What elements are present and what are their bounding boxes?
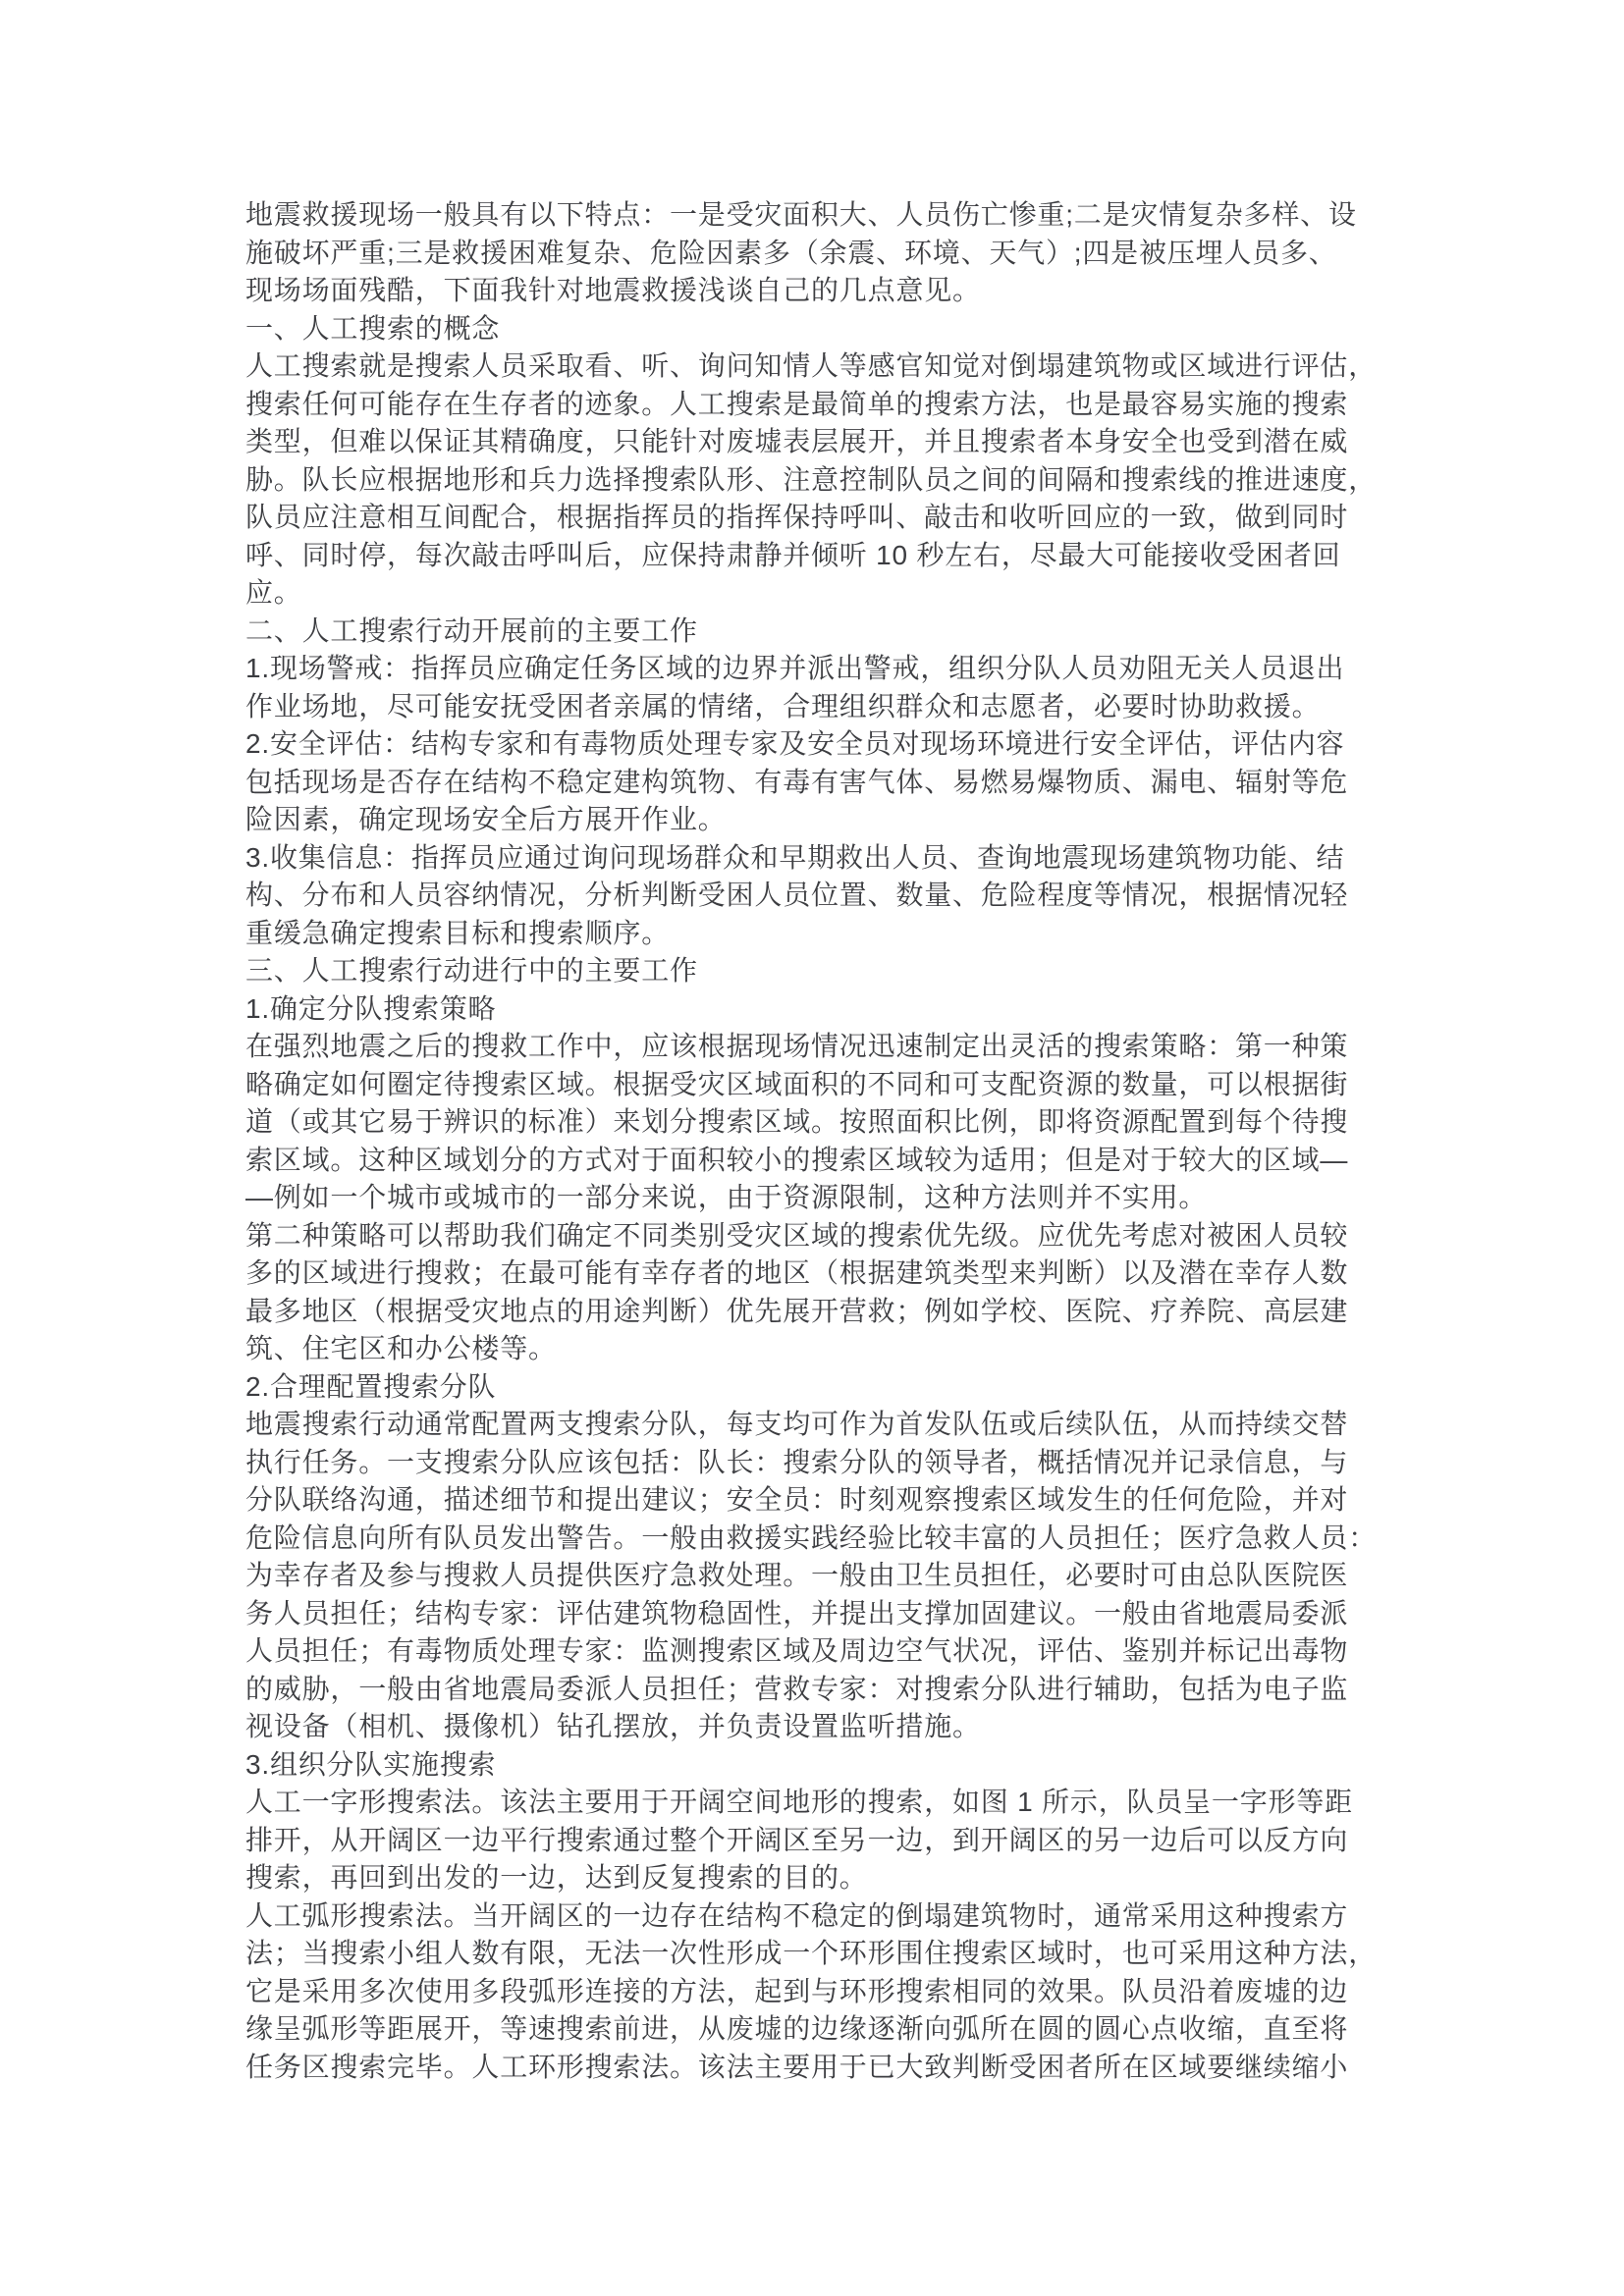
item-safety-assessment: 2.安全评估：结构专家和有毒物质处理专家及安全员对现场环境进行安全评估，评估内容… [245,725,1394,839]
section-2-heading: 二、人工搜索行动开展前的主要工作 [245,613,1394,651]
document-text-block: 地震救援现场一般具有以下特点：一是受灾面积大、人员伤亡惨重;二是灾情复杂多样、设… [245,196,1394,2086]
strategy-paragraph-1: 在强烈地震之后的搜救工作中，应该根据现场情况迅速制定出灵活的搜索策略：第一种策 … [245,1028,1394,1217]
document-page: 地震救援现场一般具有以下特点：一是受灾面积大、人员伤亡惨重;二是灾情复杂多样、设… [0,0,1624,2296]
strategy-paragraph-2: 第二种策略可以帮助我们确定不同类别受灾区域的搜索优先级。应优先考虑对被困人员较 … [245,1217,1394,1368]
arc-search-paragraph: 人工弧形搜索法。当开阔区的一边存在结构不稳定的倒塌建筑物时，通常采用这种搜索方 … [245,1897,1394,2087]
section-1-heading: 一、人工搜索的概念 [245,310,1394,348]
team-configuration-paragraph: 地震搜索行动通常配置两支搜索分队，每支均可作为首发队伍或后续队伍，从而持续交替 … [245,1406,1394,1746]
section-3-heading: 三、人工搜索行动进行中的主要工作 [245,952,1394,990]
line-search-paragraph: 人工一字形搜索法。该法主要用于开阔空间地形的搜索，如图 1 所示，队员呈一字形等… [245,1784,1394,1897]
subheading-search-strategy: 1.确定分队搜索策略 [245,990,1394,1029]
section-1-body: 人工搜索就是搜索人员采取看、听、询问知情人等感官知觉对倒塌建筑物或区域进行评估，… [245,347,1394,613]
subheading-implement-search: 3.组织分队实施搜索 [245,1746,1394,1785]
item-info-collection: 3.收集信息：指挥员应通过询问现场群众和早期救出人员、查询地震现场建筑物功能、结… [245,839,1394,953]
subheading-team-configuration: 2.合理配置搜索分队 [245,1368,1394,1407]
intro-paragraph: 地震救援现场一般具有以下特点：一是受灾面积大、人员伤亡惨重;二是灾情复杂多样、设… [245,196,1394,310]
item-site-security: 1.现场警戒：指挥员应确定任务区域的边界并派出警戒，组织分队人员劝阻无关人员退出… [245,650,1394,725]
